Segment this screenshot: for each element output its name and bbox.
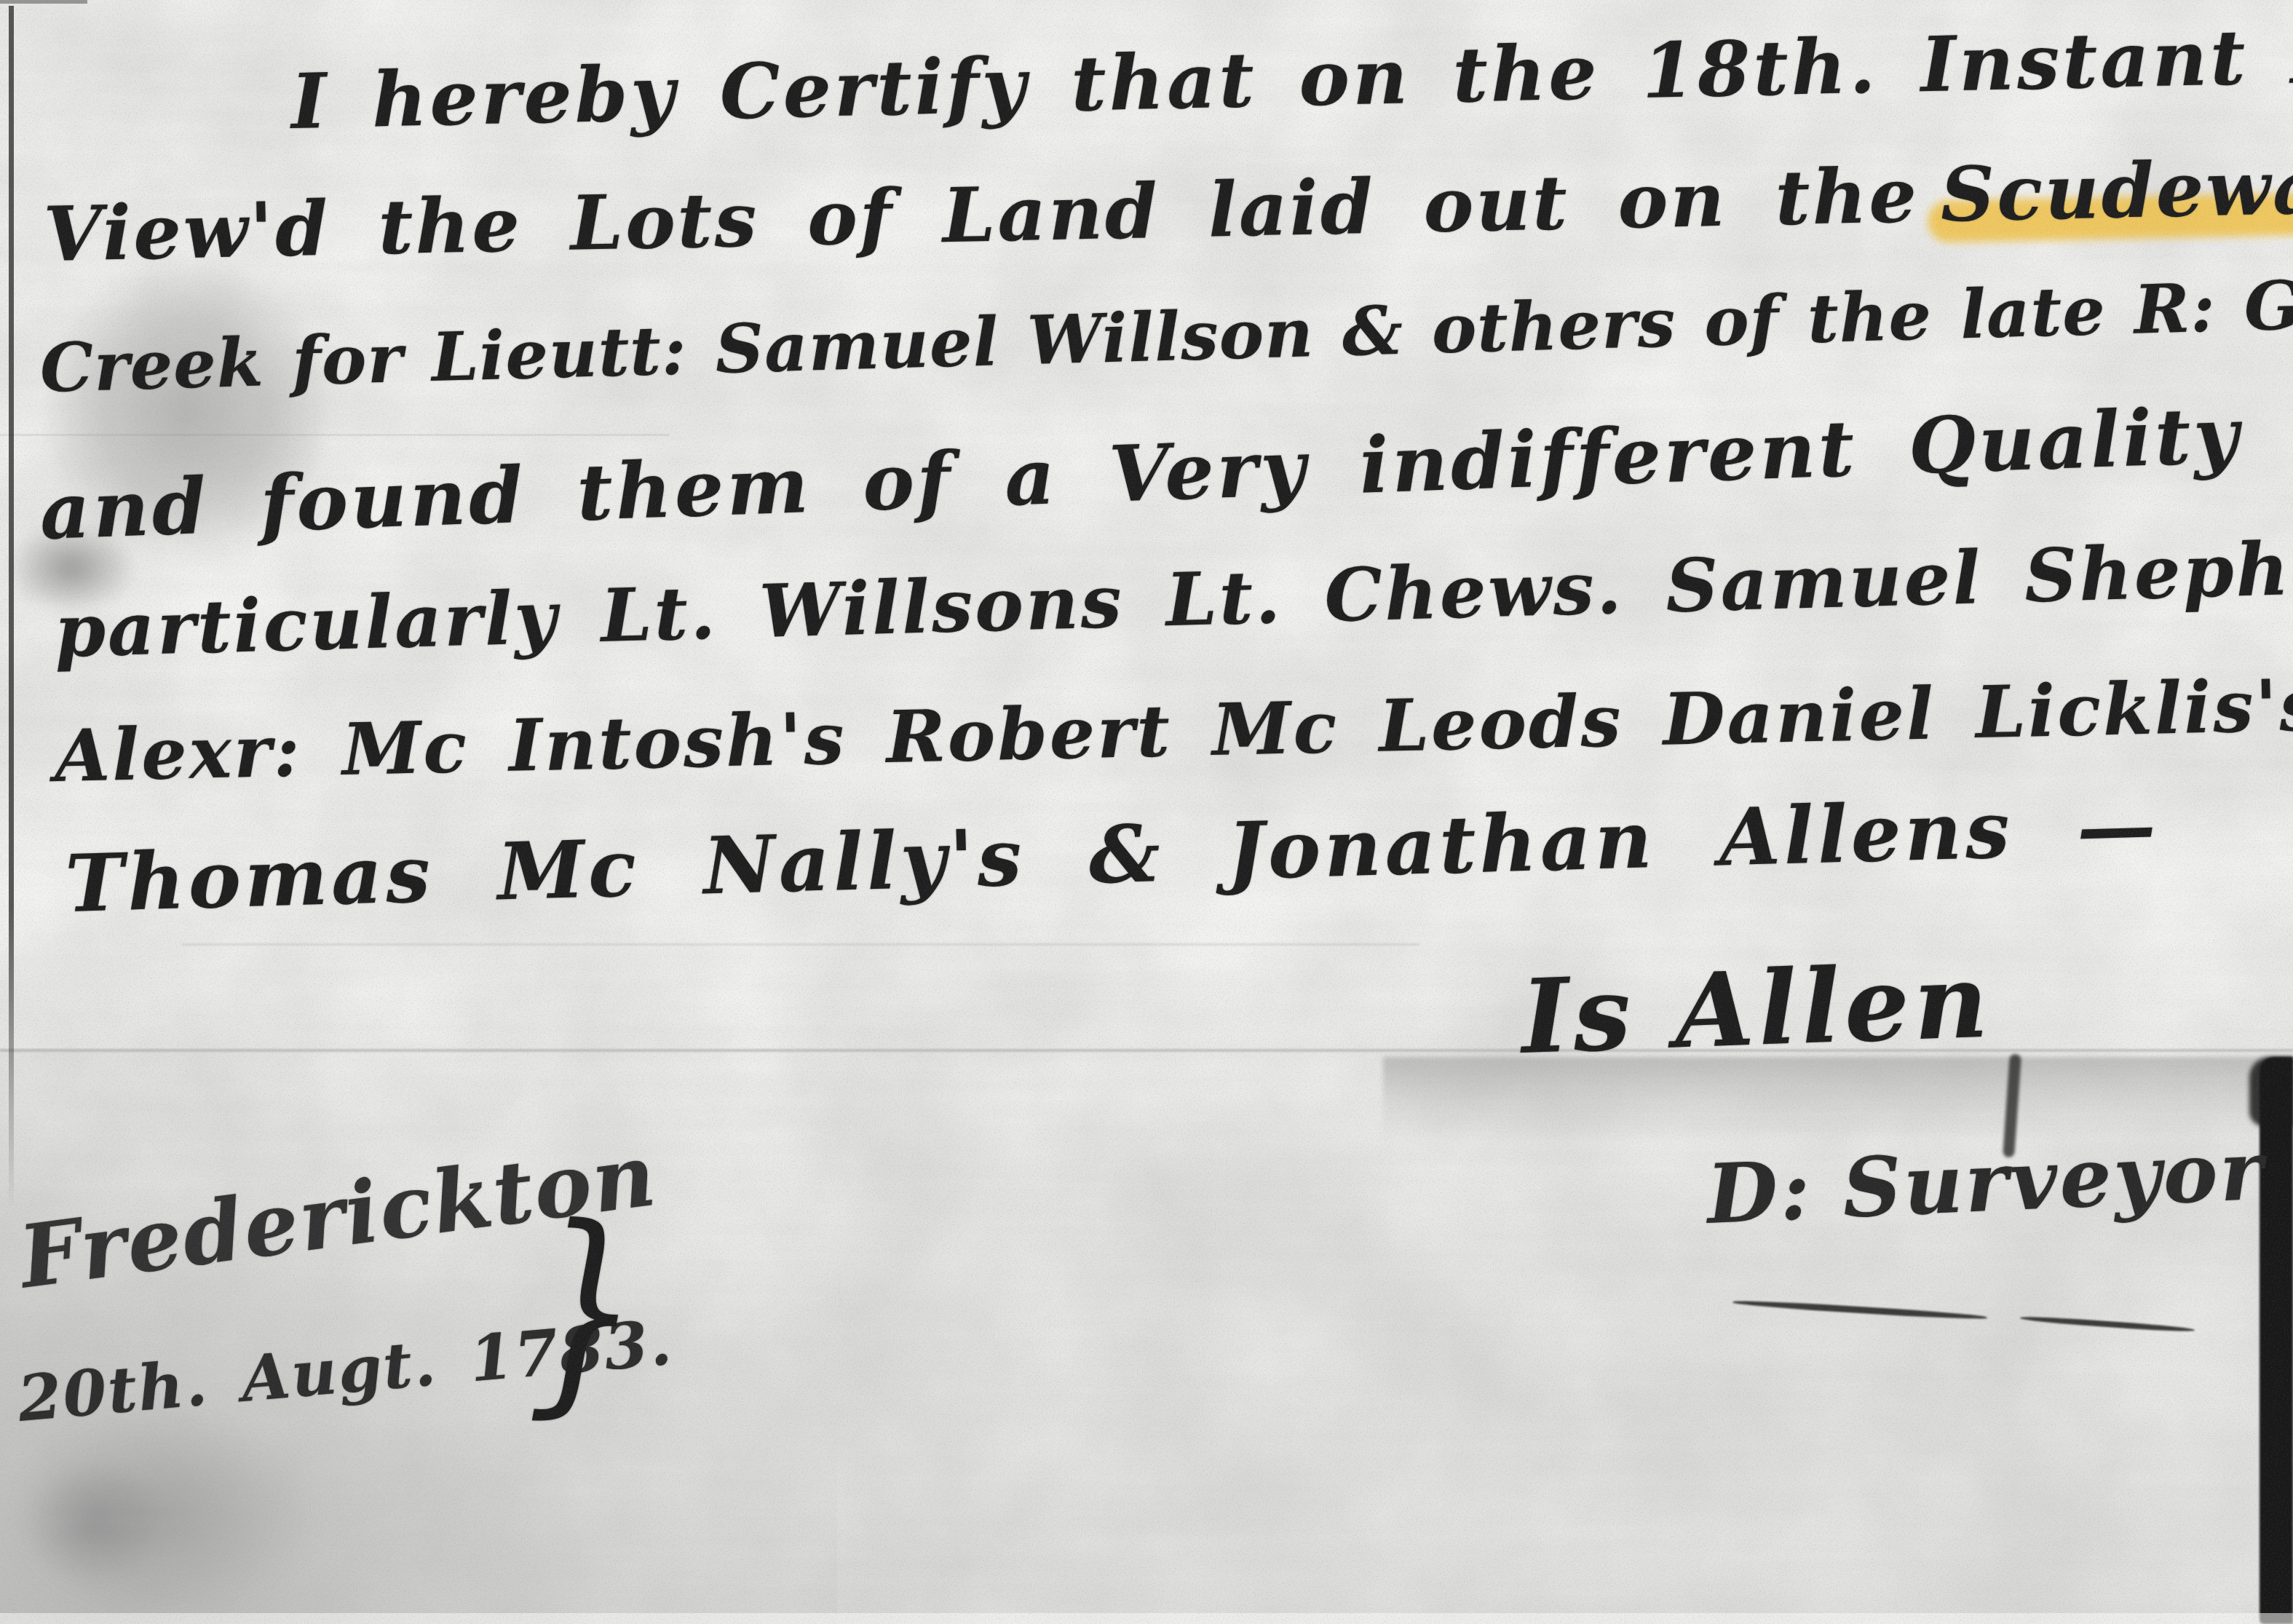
stain-bottom-left-corner [4,1401,317,1624]
manuscript-line-2-text: View'd the Lots of Land laid out on the [43,151,1920,279]
fold-crease-band [1383,1057,2293,1138]
scanned-document-page: I hereby Certify that on the 18th. Insta… [0,0,2293,1624]
scan-edge-bottom-strip [0,1613,2293,1624]
manuscript-line-1: I hereby Certify that on the 18th. Insta… [290,10,2293,146]
scan-streak-line-2 [182,943,1419,946]
manuscript-line-7: Thomas Mc Nally's & Jonathan Allens — [64,780,2161,930]
signature-title: D: Surveyor [1705,1123,2267,1243]
signature-underline-2 [2020,1315,2195,1334]
manuscript-line-2: View'd the Lots of Land laid out on theS… [43,138,2293,279]
scan-streak-line-1 [0,434,670,436]
scan-edge-top-corner [0,0,87,4]
scan-edge-left-line [9,6,14,1207]
scan-edge-right-dark-bar [2260,1057,2293,1624]
dateline-brace: } [526,1179,643,1441]
manuscript-line-4: and found them of a Very indifferent Qua… [39,384,2293,557]
manuscript-line-6: Alexr: Mc Intosh's Robert Mc Leods Danie… [54,659,2293,799]
stain-bottom-left-core [25,1459,164,1583]
signature-underline-1 [1732,1299,1987,1320]
manuscript-line-3: Creek for Lieutt: Samuel Willson & other… [39,262,2293,408]
highlighted-word: Scudewabakin [1940,138,2293,239]
signature-name: Is Allen [1519,941,1994,1077]
